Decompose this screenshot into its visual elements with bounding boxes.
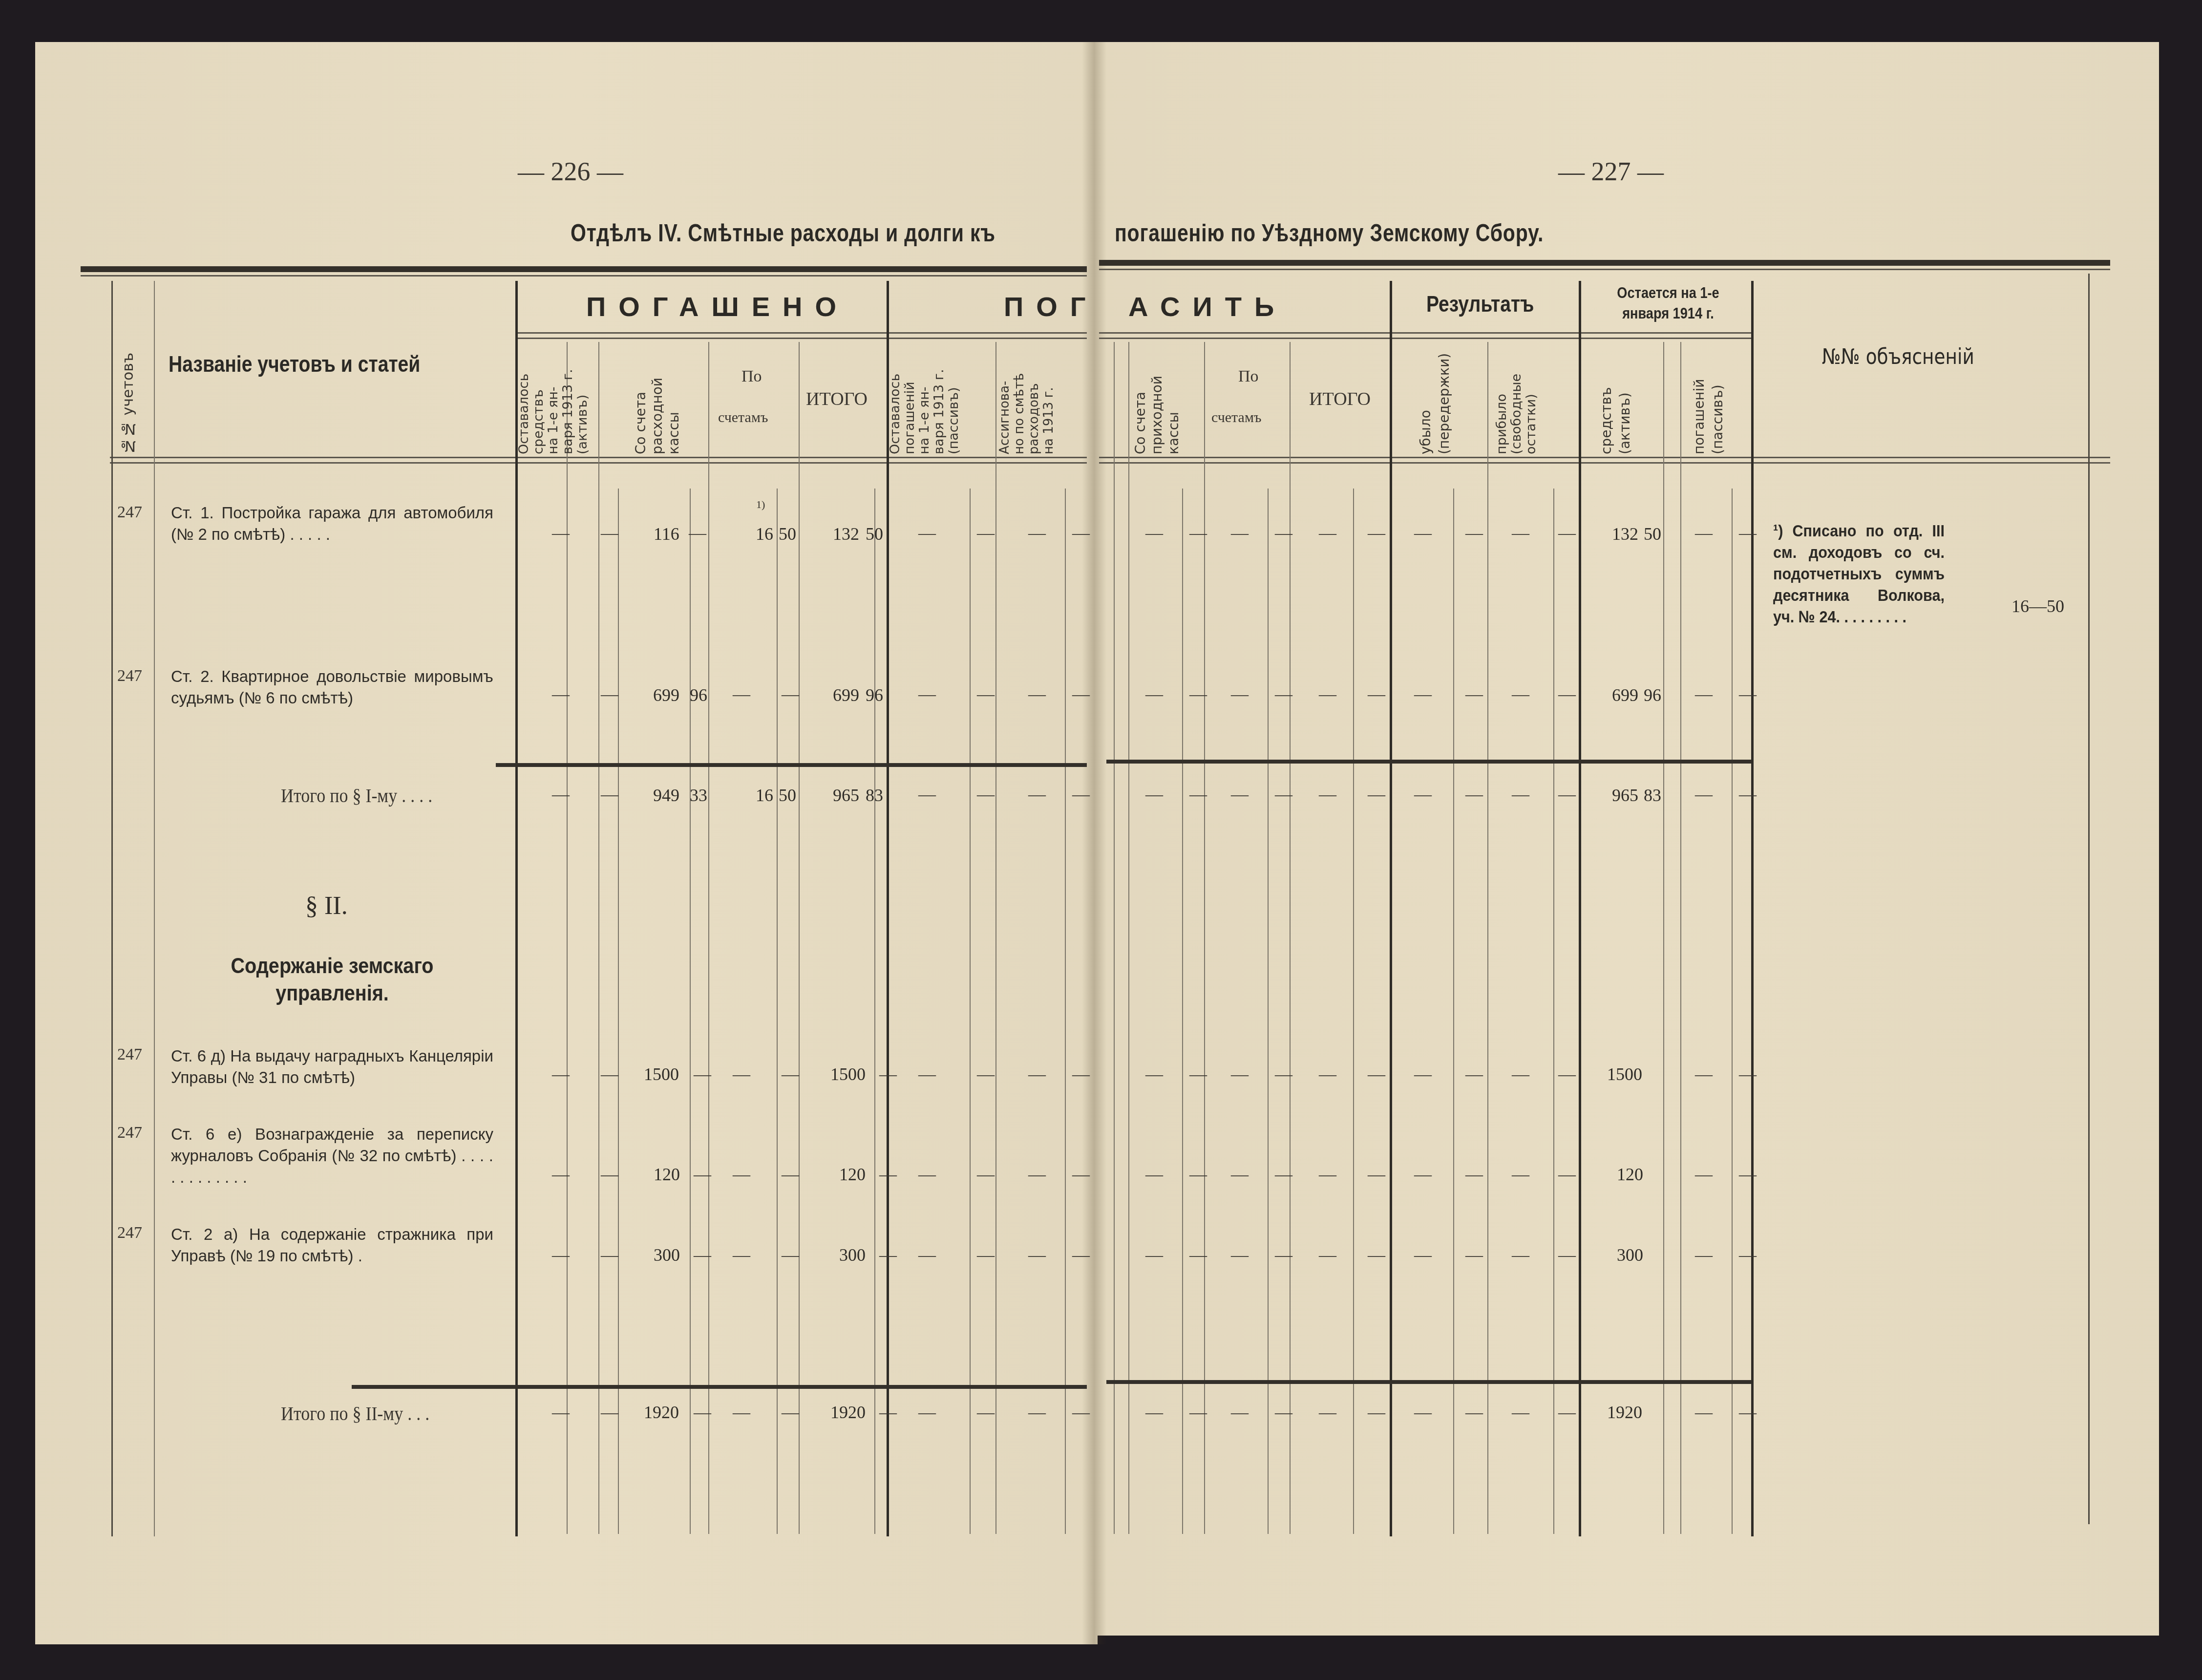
row-paid-expense-cash: 1500: [644, 1064, 679, 1085]
empty-cell-dash: —: [1512, 1402, 1529, 1423]
empty-cell-dash: —: [1275, 784, 1292, 805]
empty-cell-dash: —: [782, 1064, 799, 1085]
footnote-amount: 16—50: [2011, 596, 2064, 617]
empty-cell-dash: —: [1028, 1245, 1046, 1265]
col-line: [111, 281, 113, 1536]
header-paid-remaining-funds: Оставалось средствъ на 1-е ян- варя 1913…: [517, 342, 590, 454]
empty-cell-dash: —: [1739, 1402, 1757, 1423]
empty-cell-dash: —: [601, 1164, 618, 1185]
header-to-pay-by-accounts-bottom: счетамъ: [1211, 409, 1261, 426]
col-line: [799, 342, 800, 1534]
col-line: [515, 281, 518, 1536]
empty-cell-dash: —: [1695, 1245, 1713, 1265]
col-line: [1390, 281, 1392, 1536]
subtotal-1-remain-kop: 83: [1644, 785, 1661, 806]
empty-cell-dash: —: [733, 1402, 750, 1423]
subtotal-1-by-accounts-kop: 50: [779, 785, 796, 806]
empty-cell-dash: —: [1072, 1164, 1090, 1185]
empty-cell-dash: —: [1231, 1245, 1249, 1265]
subtotal-2-remain: 1920: [1607, 1402, 1642, 1423]
row-paid-by-accounts-kop: —: [782, 684, 799, 704]
empty-cell-dash: —: [879, 1402, 897, 1423]
header-group-to-pay-left: ПОГ: [1004, 291, 1099, 322]
subtotal-1-expense-cash-kop: 33: [690, 785, 707, 806]
empty-cell-dash: —: [601, 1402, 618, 1423]
col-line: [1751, 281, 1754, 1536]
header-to-pay-remaining: Оставалось погашеній на 1-е ян- варя 191…: [888, 342, 961, 454]
empty-cell-dash: —: [1512, 1245, 1529, 1265]
row-remain-funds: 132: [1612, 524, 1638, 544]
empty-cell-dash: —: [733, 1245, 750, 1265]
header-result-profit: прибыло (свободные остатки): [1495, 342, 1539, 454]
header-group-to-pay-right: АСИТЬ: [1128, 291, 1287, 322]
empty-cell-dash: —: [918, 523, 936, 543]
right-page: [1093, 42, 2159, 1636]
row-text: Ст. 2. Квартирное довольствіе мировымъ с…: [171, 666, 493, 709]
empty-cell-dash: —: [1368, 1164, 1385, 1185]
empty-cell-dash: —: [1695, 1064, 1713, 1085]
col-line: [2088, 274, 2090, 1524]
empty-cell-dash: —: [1465, 1164, 1483, 1185]
empty-cell-dash: —: [601, 1245, 618, 1265]
empty-cell-dash: —: [1739, 1245, 1757, 1265]
header-account-no: №№ учетовъ: [120, 322, 137, 454]
row-remain-funds: 1500: [1607, 1064, 1642, 1085]
col-line: [154, 281, 155, 1536]
subtotal-1-by-accounts: 16: [756, 785, 773, 806]
header-paid-expense-cash: Со счета расходной кассы: [633, 342, 682, 454]
empty-cell-dash: —: [918, 1164, 936, 1185]
row-paid-expense-cash: 116: [654, 524, 679, 544]
empty-cell-dash: —: [1465, 1064, 1483, 1085]
empty-cell-dash: —: [918, 1402, 936, 1423]
row-paid-total: 300: [839, 1245, 866, 1265]
empty-cell-dash: —: [552, 1402, 570, 1423]
col-line: [1732, 489, 1733, 1534]
row-paid-expense-cash-kop: 96: [690, 685, 707, 705]
row-paid-total-kop: 96: [866, 685, 883, 705]
subtotal-2-total: 1920: [830, 1402, 866, 1423]
row-paid-by-accounts: —: [733, 684, 750, 704]
col-line: [1182, 489, 1183, 1534]
col-line: [1204, 342, 1205, 1534]
empty-cell-dash: —: [918, 1245, 936, 1265]
empty-cell-dash: —: [977, 784, 995, 805]
empty-cell-dash: —: [977, 1402, 995, 1423]
empty-cell-dash: —: [1231, 1164, 1249, 1185]
col-line: [1487, 342, 1488, 1534]
subtotal-2-rule-left: [352, 1385, 1087, 1389]
header-group-result: Результатъ: [1426, 291, 1534, 317]
subtotal-1-paid-remaining: —: [552, 784, 570, 805]
empty-cell-dash: —: [1189, 1064, 1207, 1085]
header-to-pay-assigned: Ассигнова- но по смѣтѣ расходовъ на 1913…: [997, 342, 1056, 454]
subtotal-1-total-kop: 83: [866, 785, 883, 806]
empty-cell-dash: —: [1558, 1064, 1576, 1085]
col-line: [1553, 489, 1554, 1534]
col-line: [1065, 489, 1066, 1534]
empty-cell-dash: —: [1275, 1402, 1292, 1423]
col-line: [690, 489, 691, 1534]
empty-cell-dash: —: [1189, 784, 1207, 805]
subtotal-2-expense-cash: 1920: [644, 1402, 679, 1423]
empty-cell-dash: —: [1414, 523, 1432, 543]
col-line: [618, 489, 619, 1534]
row-paid-remaining: —: [552, 684, 570, 704]
row-account-no: 247: [117, 503, 142, 522]
section-title-left: Отдѣлъ IV. Смѣтные расходы и долги къ: [571, 219, 995, 247]
section-title-right: погашенію по Уѣздному Земскому Сбору.: [1115, 219, 1544, 247]
empty-cell-dash: —: [1695, 523, 1713, 543]
empty-cell-dash: —: [1028, 684, 1046, 704]
empty-cell-dash: —: [1028, 1164, 1046, 1185]
empty-cell-dash: —: [1145, 1402, 1163, 1423]
top-rule-right: [1099, 260, 2110, 266]
empty-cell-dash: —: [1695, 1164, 1713, 1185]
empty-cell-dash: —: [733, 1064, 750, 1085]
empty-cell-dash: —: [1319, 1245, 1336, 1265]
empty-cell-dash: —: [1558, 684, 1576, 704]
row-paid-remaining-kop: —: [601, 684, 618, 704]
empty-cell-dash: —: [1275, 1164, 1292, 1185]
col-line: [1128, 342, 1129, 1534]
empty-cell-dash: —: [1145, 523, 1163, 543]
row-remain-funds-kop: 50: [1644, 524, 1661, 544]
header-to-pay-total: ИТОГО: [1309, 388, 1371, 410]
empty-cell-dash: —: [1319, 784, 1336, 805]
empty-cell-dash: —: [1028, 1402, 1046, 1423]
empty-cell-dash: —: [1275, 1245, 1292, 1265]
empty-cell-dash: —: [1739, 1164, 1757, 1185]
empty-cell-dash: —: [1465, 1402, 1483, 1423]
row-paid-expense-cash: 699: [653, 685, 679, 705]
row-paid-remaining-kop: —: [601, 523, 618, 543]
empty-cell-dash: —: [879, 1245, 897, 1265]
header-group-paid: ПОГАШЕНО: [586, 291, 849, 322]
row-text: Ст. 6 д) На выдачу наградныхъ Канцеляріи…: [171, 1045, 493, 1088]
empty-cell-dash: —: [977, 1245, 995, 1265]
col-line: [1290, 342, 1291, 1534]
empty-cell-dash: —: [1695, 1402, 1713, 1423]
empty-cell-dash: —: [1414, 1402, 1432, 1423]
row-account-no: 247: [117, 1224, 142, 1242]
empty-cell-dash: —: [1028, 1064, 1046, 1085]
row-account-no: 247: [117, 1124, 142, 1142]
empty-cell-dash: —: [1739, 784, 1757, 805]
page-number-left: — 226 —: [518, 156, 623, 187]
empty-cell-dash: —: [879, 1164, 897, 1185]
empty-cell-dash: —: [1368, 523, 1385, 543]
empty-cell-dash: —: [1189, 684, 1207, 704]
header-bottom-rule-right: [1099, 457, 2110, 464]
empty-cell-dash: —: [1072, 684, 1090, 704]
section-2-title: Содержаніе земскаго управленія.: [187, 953, 477, 1007]
empty-cell-dash: —: [1465, 684, 1483, 704]
row-text: Ст. 2 а) На содержаніе стражника при Упр…: [171, 1224, 493, 1267]
empty-cell-dash: —: [1368, 1245, 1385, 1265]
top-rule-left: [81, 266, 1087, 272]
empty-cell-dash: —: [1368, 1064, 1385, 1085]
empty-cell-dash: —: [1695, 684, 1713, 704]
empty-cell-dash: —: [918, 1064, 936, 1085]
empty-cell-dash: —: [1414, 684, 1432, 704]
row-text: Ст. 6 е) Вознагражденіе за переписку жур…: [171, 1124, 493, 1188]
row-paid-total: 120: [839, 1164, 866, 1185]
empty-cell-dash: —: [1145, 784, 1163, 805]
col-line: [1453, 489, 1454, 1534]
col-line: [1114, 342, 1115, 1534]
page-number-right: — 227 —: [1558, 156, 1664, 187]
empty-cell-dash: —: [1414, 1164, 1432, 1185]
row-paid-total-kop: 50: [866, 524, 883, 544]
top-thin-rule-left: [81, 275, 1087, 276]
empty-cell-dash: —: [1072, 1064, 1090, 1085]
row-account-no: 247: [117, 1045, 142, 1064]
empty-cell-dash: —: [1189, 523, 1207, 543]
empty-cell-dash: —: [1319, 1164, 1336, 1185]
subtotal-1-remain: 965: [1612, 785, 1638, 806]
col-line: [887, 281, 889, 1536]
empty-cell-dash: —: [1512, 523, 1529, 543]
row-paid-remaining: —: [552, 523, 570, 543]
empty-cell-dash: —: [552, 1064, 570, 1085]
empty-cell-dash: —: [1145, 684, 1163, 704]
empty-cell-dash: —: [1368, 684, 1385, 704]
header-paid-by-accounts-bottom: счетамъ: [718, 409, 768, 426]
subtotal-1-expense-cash: 949: [653, 785, 679, 806]
empty-cell-dash: —: [1072, 1402, 1090, 1423]
row-paid-total: 132: [833, 524, 859, 544]
row-remain-funds: 699: [1612, 685, 1638, 705]
row-remain-funds: 120: [1617, 1164, 1643, 1185]
header-name: Названіе учетовъ и статей: [169, 351, 420, 377]
empty-cell-dash: —: [1414, 1064, 1432, 1085]
empty-cell-dash: —: [782, 1402, 799, 1423]
empty-cell-dash: —: [879, 1064, 897, 1085]
empty-cell-dash: —: [1231, 784, 1249, 805]
empty-cell-dash: —: [733, 1164, 750, 1185]
col-line: [708, 342, 709, 1534]
col-line: [777, 489, 778, 1534]
row-remain-funds: 300: [1617, 1245, 1643, 1265]
empty-cell-dash: —: [782, 1164, 799, 1185]
empty-cell-dash: —: [1145, 1164, 1163, 1185]
row-text: Ст. 1. Постройка гаража для автомобиля (…: [171, 502, 493, 545]
empty-cell-dash: —: [1739, 1064, 1757, 1085]
empty-cell-dash: —: [1231, 684, 1249, 704]
row-paid-by-accounts-kop: 50: [779, 524, 796, 544]
col-line: [970, 489, 971, 1534]
empty-cell-dash: —: [1512, 1064, 1529, 1085]
empty-cell-dash: —: [1512, 684, 1529, 704]
col-line: [1353, 489, 1354, 1534]
header-paid-total: ИТОГО: [806, 388, 868, 410]
empty-cell-dash: —: [1275, 523, 1292, 543]
subtotal-2-rule-right: [1106, 1380, 1751, 1384]
empty-cell-dash: —: [1739, 684, 1757, 704]
header-to-pay-by-accounts-top: По: [1238, 367, 1259, 386]
header-explanations: №№ объясненій: [1822, 344, 1974, 369]
header-group-remaining: Остается на 1-е января 1914 г.: [1600, 282, 1737, 323]
empty-cell-dash: —: [1319, 1402, 1336, 1423]
empty-cell-dash: —: [1414, 784, 1432, 805]
footnote-text: ¹) Списано по отд. III см. доходовъ со с…: [1773, 520, 1945, 628]
empty-cell-dash: —: [1368, 784, 1385, 805]
empty-cell-dash: —: [694, 1245, 711, 1265]
col-line: [567, 342, 568, 1534]
empty-cell-dash: —: [1558, 1164, 1576, 1185]
empty-cell-dash: —: [1072, 1245, 1090, 1265]
empty-cell-dash: —: [552, 1245, 570, 1265]
col-line: [874, 489, 875, 1534]
empty-cell-dash: —: [1368, 1402, 1385, 1423]
empty-cell-dash: —: [1028, 523, 1046, 543]
subtotal-1-paid-remaining-kop: —: [601, 784, 618, 805]
empty-cell-dash: —: [1231, 523, 1249, 543]
top-thin-rule-right: [1099, 269, 2110, 270]
subtotal-rule-left: [496, 763, 1087, 767]
subtotal-1-label: Итого по § I-му . . . .: [281, 784, 432, 807]
row-account-no: 247: [117, 667, 142, 685]
empty-cell-dash: —: [601, 1064, 618, 1085]
header-to-pay-income-cash: Со счета приходной кассы: [1132, 352, 1182, 454]
row-paid-by-accounts: 16: [756, 524, 773, 544]
empty-cell-dash: —: [918, 784, 936, 805]
header-paid-by-accounts-top: По: [741, 367, 762, 386]
empty-cell-dash: —: [1145, 1245, 1163, 1265]
row-paid-total: 1500: [830, 1064, 866, 1085]
empty-cell-dash: —: [1465, 523, 1483, 543]
empty-cell-dash: —: [1072, 523, 1090, 543]
col-line: [1680, 342, 1681, 1534]
empty-cell-dash: —: [782, 1245, 799, 1265]
empty-cell-dash: —: [1189, 1164, 1207, 1185]
col-line: [995, 342, 996, 1534]
empty-cell-dash: —: [1465, 784, 1483, 805]
header-result-loss: убыло (передержки): [1417, 337, 1454, 454]
col-line: [1268, 489, 1269, 1534]
empty-cell-dash: —: [918, 684, 936, 704]
empty-cell-dash: —: [1319, 684, 1336, 704]
empty-cell-dash: —: [694, 1064, 711, 1085]
empty-cell-dash: —: [694, 1402, 711, 1423]
empty-cell-dash: —: [1275, 684, 1292, 704]
col-line: [598, 342, 599, 1534]
empty-cell-dash: —: [1465, 1245, 1483, 1265]
empty-cell-dash: —: [1072, 784, 1090, 805]
empty-cell-dash: —: [1558, 1245, 1576, 1265]
subtotal-rule-right: [1106, 760, 1751, 764]
empty-cell-dash: —: [1695, 784, 1713, 805]
empty-cell-dash: —: [1231, 1402, 1249, 1423]
col-line: [1663, 342, 1664, 1534]
row-remain-funds-kop: 96: [1644, 685, 1661, 705]
header-group-rule-left: [515, 332, 1087, 339]
row-footnote-mark: 1): [756, 498, 765, 511]
subtotal-1-total: 965: [833, 785, 859, 806]
empty-cell-dash: —: [694, 1164, 711, 1185]
empty-cell-dash: —: [1189, 1402, 1207, 1423]
empty-cell-dash: —: [1739, 523, 1757, 543]
empty-cell-dash: —: [1512, 784, 1529, 805]
empty-cell-dash: —: [1189, 1245, 1207, 1265]
empty-cell-dash: —: [977, 523, 995, 543]
empty-cell-dash: —: [552, 1164, 570, 1185]
col-line: [1579, 281, 1581, 1536]
empty-cell-dash: —: [1512, 1164, 1529, 1185]
empty-cell-dash: —: [977, 684, 995, 704]
row-paid-expense-cash: 120: [654, 1164, 680, 1185]
empty-cell-dash: —: [1145, 1064, 1163, 1085]
empty-cell-dash: —: [1319, 523, 1336, 543]
empty-cell-dash: —: [1319, 1064, 1336, 1085]
empty-cell-dash: —: [1558, 1402, 1576, 1423]
empty-cell-dash: —: [977, 1064, 995, 1085]
empty-cell-dash: —: [1558, 784, 1576, 805]
empty-cell-dash: —: [1414, 1245, 1432, 1265]
row-paid-expense-cash: 300: [654, 1245, 680, 1265]
header-remaining-repayments: погашеній (пассивъ): [1690, 342, 1727, 454]
empty-cell-dash: —: [1558, 523, 1576, 543]
empty-cell-dash: —: [1275, 1064, 1292, 1085]
section-2-number: § II.: [305, 892, 348, 920]
empty-cell-dash: —: [1028, 784, 1046, 805]
header-remaining-funds: средствъ (активъ): [1597, 352, 1634, 454]
row-paid-total: 699: [833, 685, 859, 705]
empty-cell-dash: —: [977, 1164, 995, 1185]
empty-cell-dash: —: [1231, 1064, 1249, 1085]
row-paid-expense-cash-kop: —: [689, 523, 706, 543]
subtotal-2-label: Итого по § II-му . . .: [281, 1402, 429, 1425]
